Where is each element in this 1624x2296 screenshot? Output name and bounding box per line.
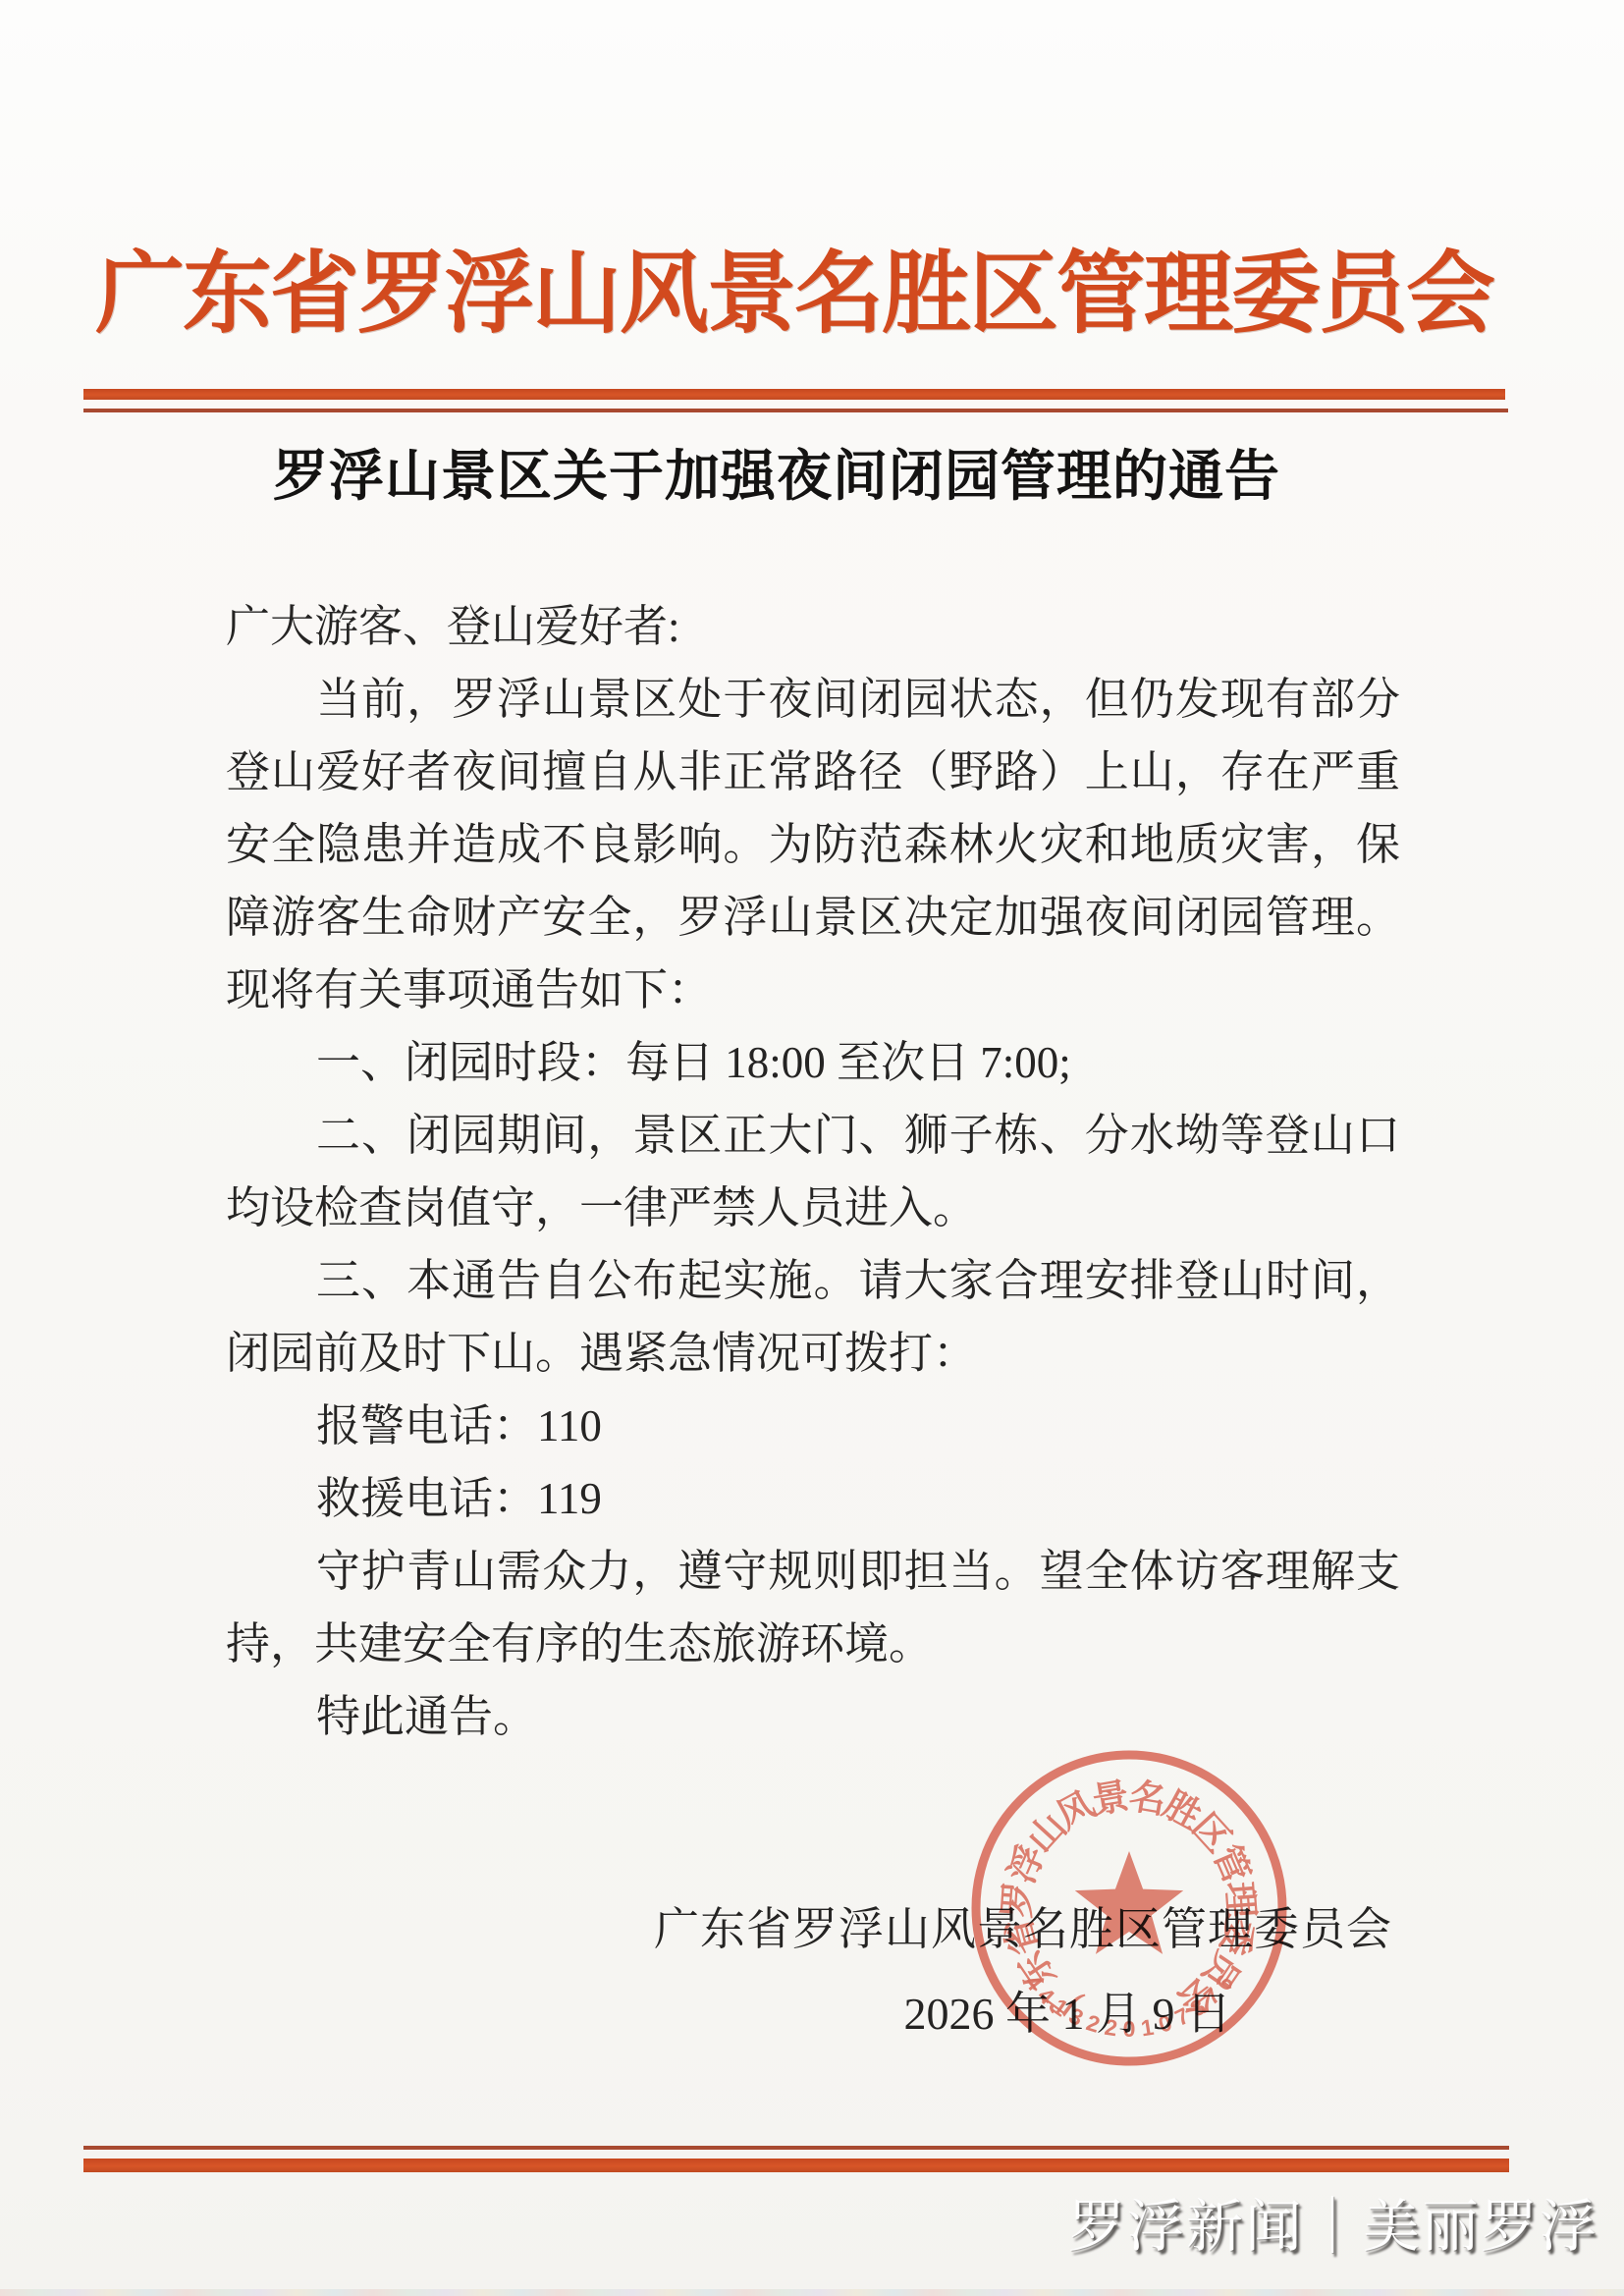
letterhead-org-name: 广东省罗浮山风景名胜区管理委员会 <box>83 222 1505 367</box>
body-line: 安全隐患并造成不良影响。为防范森林火灾和地质灾害，保 <box>226 808 1400 881</box>
seal-serial-digit: 0 <box>1156 2009 1175 2038</box>
body-line: 现将有关事项通告如下： <box>226 954 1400 1026</box>
letterhead-rule-thin <box>83 409 1508 412</box>
seal-serial-digit: 1 <box>1139 2014 1156 2042</box>
channel-watermark: 罗浮新闻｜美丽罗浮 <box>1068 2193 1598 2262</box>
body-line: 持，共建安全有序的生态旅游环境。 <box>226 1608 1400 1680</box>
notice-body: 广大游客、登山爱好者:当前，罗浮山景区处于夜间闭园状态，但仍发现有部分登山爱好者… <box>226 590 1400 1753</box>
body-line: 登山爱好者夜间擅自从非正常路径（野路）上山，存在严重 <box>226 736 1400 808</box>
seal-serial-digit: 0 <box>1123 2016 1136 2042</box>
body-line: 当前，罗浮山景区处于夜间闭园状态，但仍发现有部分 <box>226 663 1400 736</box>
body-line: 一、闭园时段：每日 18:00 至次日 7:00; <box>226 1026 1400 1099</box>
notice-title: 罗浮山景区关于加强夜间闭园管理的通告 <box>66 438 1488 517</box>
body-line: 救援电话：119 <box>226 1462 1400 1535</box>
body-line: 守护青山需众力，遵守规则即担当。望全体访客理解支 <box>226 1535 1400 1608</box>
letterhead-rule-thick <box>83 389 1505 400</box>
footer-rule-thin <box>83 2146 1509 2150</box>
body-line: 特此通告。 <box>226 1680 1400 1753</box>
seal-serial-digit: 2 <box>1083 2009 1103 2038</box>
body-line: 三、本通告自公布起实施。请大家合理安排登山时间， <box>226 1244 1400 1317</box>
scan-edge-artifact <box>0 2289 1624 2296</box>
seal-serial-digit: 2 <box>1103 2014 1119 2042</box>
body-line: 障游客生命财产安全，罗浮山景区决定加强夜间闭园管理。 <box>226 881 1400 954</box>
body-line: 均设检查岗值守，一律严禁人员进入。 <box>226 1172 1400 1244</box>
scanned-notice-page: 广东省罗浮山风景名胜区管理委员会 罗浮山景区关于加强夜间闭园管理的通告 广大游客… <box>0 0 1624 2296</box>
body-line: 报警电话：110 <box>226 1390 1400 1462</box>
body-line: 闭园前及时下山。遇紧急情况可拨打： <box>226 1317 1400 1390</box>
body-line: 广大游客、登山爱好者: <box>226 590 1400 663</box>
footer-rule-thick <box>83 2159 1509 2172</box>
body-line: 二、闭园期间，景区正大门、狮子栋、分水坳等登山口 <box>226 1099 1400 1172</box>
seal-star <box>1075 1851 1183 1954</box>
official-red-seal: 广东省罗浮山风景名胜区管理委员会 4413220107376 <box>965 1744 1293 2072</box>
